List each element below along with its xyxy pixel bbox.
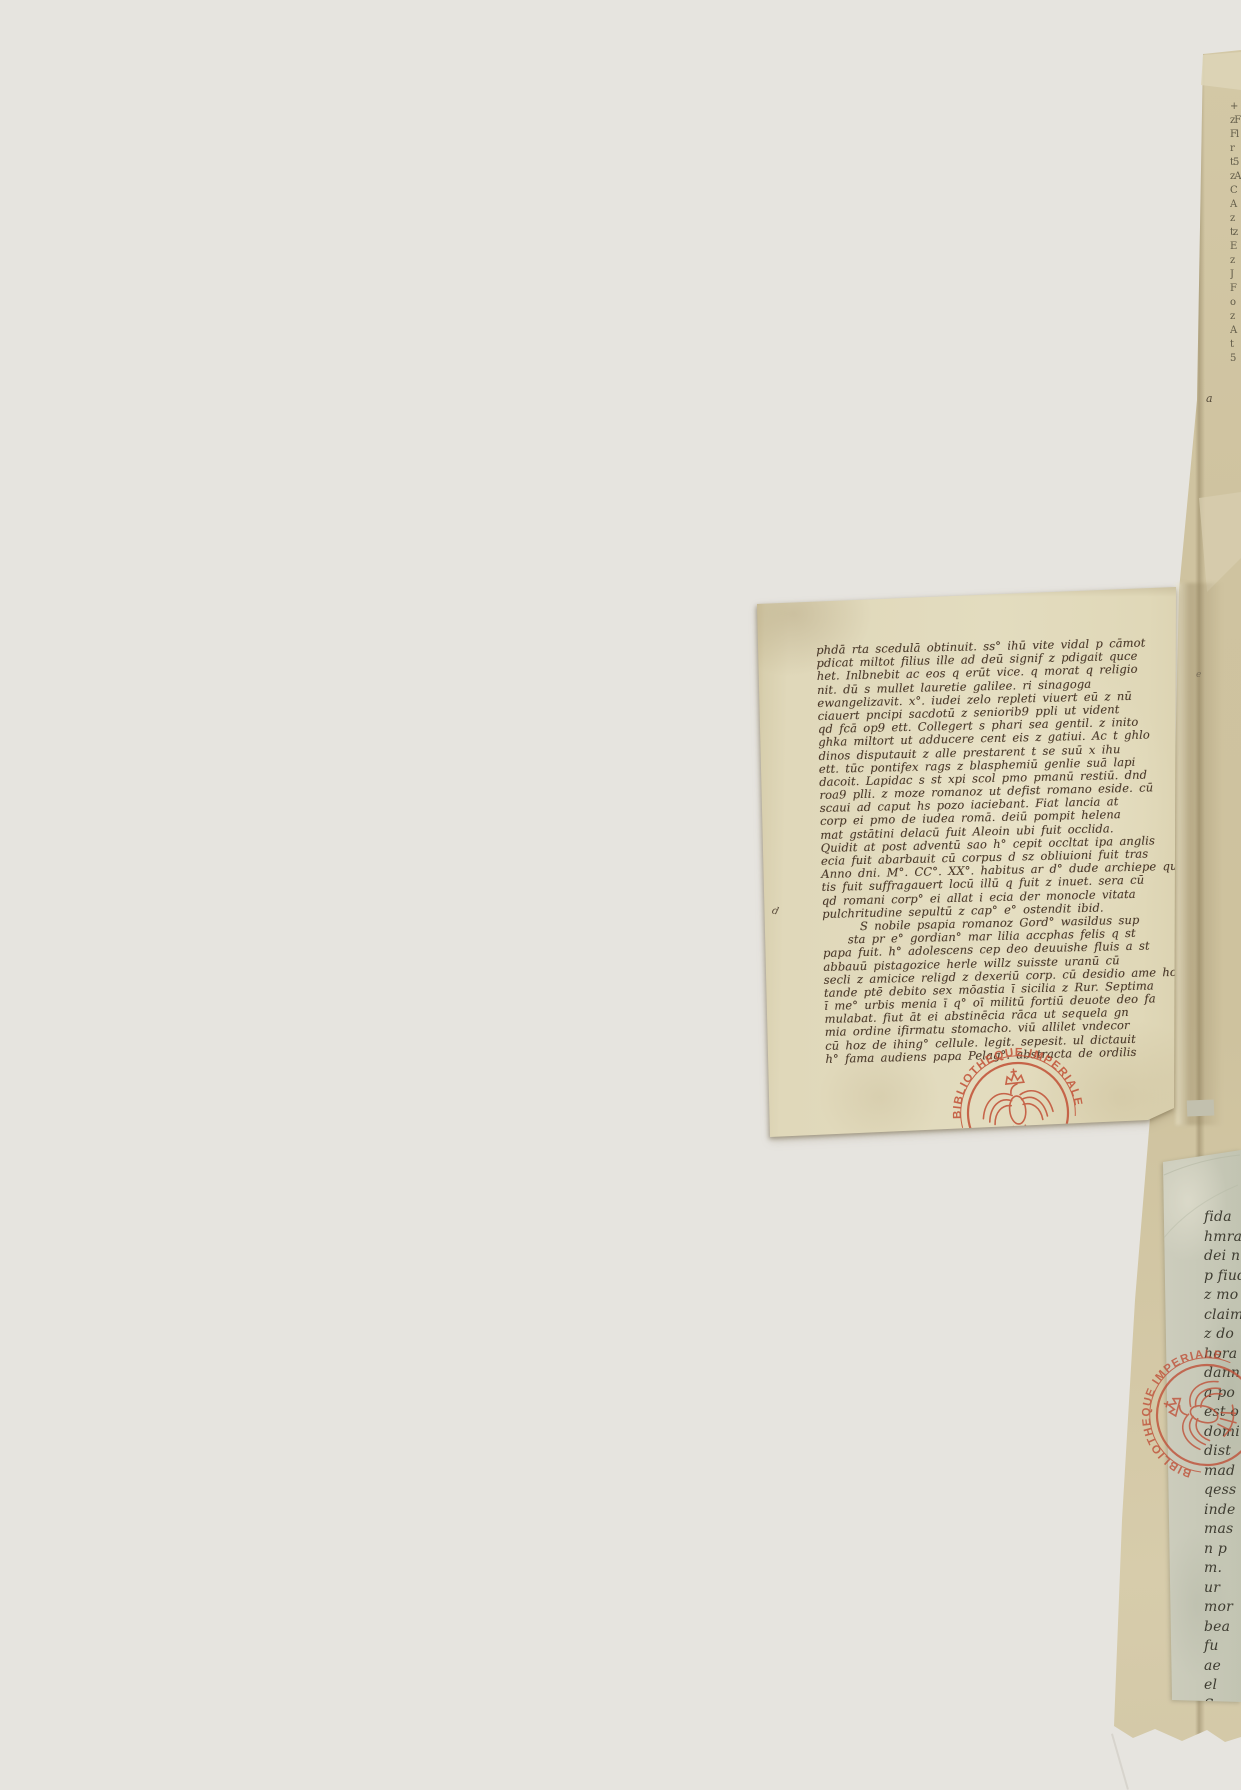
edge-glyph: +	[1230, 100, 1241, 114]
fragment-peek-sliver	[1187, 1100, 1215, 1117]
fragment-line: fida	[1204, 1208, 1241, 1228]
edge-glyph: o	[1230, 296, 1241, 310]
fragment-line: fu	[1204, 1637, 1241, 1657]
ink-mark-a: a	[1206, 392, 1213, 405]
edge-glyph-column: +zFFlrt5zACAztzEzJFozAt5	[1230, 100, 1241, 366]
strip-top-sliver	[1201, 52, 1241, 90]
edge-glyph: zA	[1230, 170, 1241, 184]
fragment-line: ae	[1204, 1657, 1241, 1677]
fragment-line: ur	[1204, 1579, 1241, 1599]
edge-glyph: F	[1230, 282, 1241, 296]
fragment-line: inde	[1204, 1501, 1241, 1521]
ink-mark-e: e	[1196, 670, 1201, 680]
edge-glyph: Fl	[1230, 128, 1241, 142]
edge-glyph: E	[1230, 240, 1241, 254]
edge-glyph: 5	[1230, 352, 1241, 366]
edge-glyph: z	[1230, 310, 1241, 324]
crease-line	[1111, 1733, 1129, 1789]
edge-glyph: tz	[1230, 226, 1241, 240]
manuscript-text-block: phdā rta scedulā obtinuit. ss° ihū vite …	[816, 636, 1197, 1066]
edge-glyph: C	[1230, 184, 1241, 198]
edge-glyph: A	[1230, 198, 1241, 212]
fragment-line: z mo	[1204, 1286, 1241, 1306]
scan-canvas: +zFFlrt5zACAztzEzJFozAt5 a e phdā rta sc…	[0, 0, 1241, 1790]
library-stamp-leaf	[948, 1043, 1089, 1184]
fragment-line: m.	[1204, 1559, 1241, 1579]
manuscript-leaf: phdā rta scedulā obtinuit. ss° ihū vite …	[750, 580, 1182, 1142]
edge-glyph: t	[1230, 338, 1241, 352]
fragment-line: bea	[1204, 1618, 1241, 1638]
edge-glyph: z	[1230, 212, 1241, 226]
edge-glyph: r	[1230, 142, 1241, 156]
margin-mark: d	[771, 905, 780, 917]
fragment-line: mor	[1204, 1598, 1241, 1618]
fragment-line: claim	[1204, 1306, 1241, 1326]
edge-glyph: z	[1230, 254, 1241, 268]
fragment-line: el	[1204, 1676, 1241, 1696]
edge-glyph: t5	[1230, 156, 1241, 170]
fragment-line: dei n	[1204, 1247, 1241, 1267]
fragment-line: p fiud	[1204, 1267, 1241, 1287]
fragment-line: hmra	[1204, 1228, 1241, 1248]
edge-glyph: J	[1230, 268, 1241, 282]
fragment-line: n p	[1204, 1540, 1241, 1560]
edge-glyph: zF	[1230, 114, 1241, 128]
fragment-line: mas	[1204, 1520, 1241, 1540]
edge-glyph: A	[1230, 324, 1241, 338]
fragment-line: z do	[1204, 1325, 1241, 1345]
gutter-shadow-band	[1176, 583, 1222, 1125]
